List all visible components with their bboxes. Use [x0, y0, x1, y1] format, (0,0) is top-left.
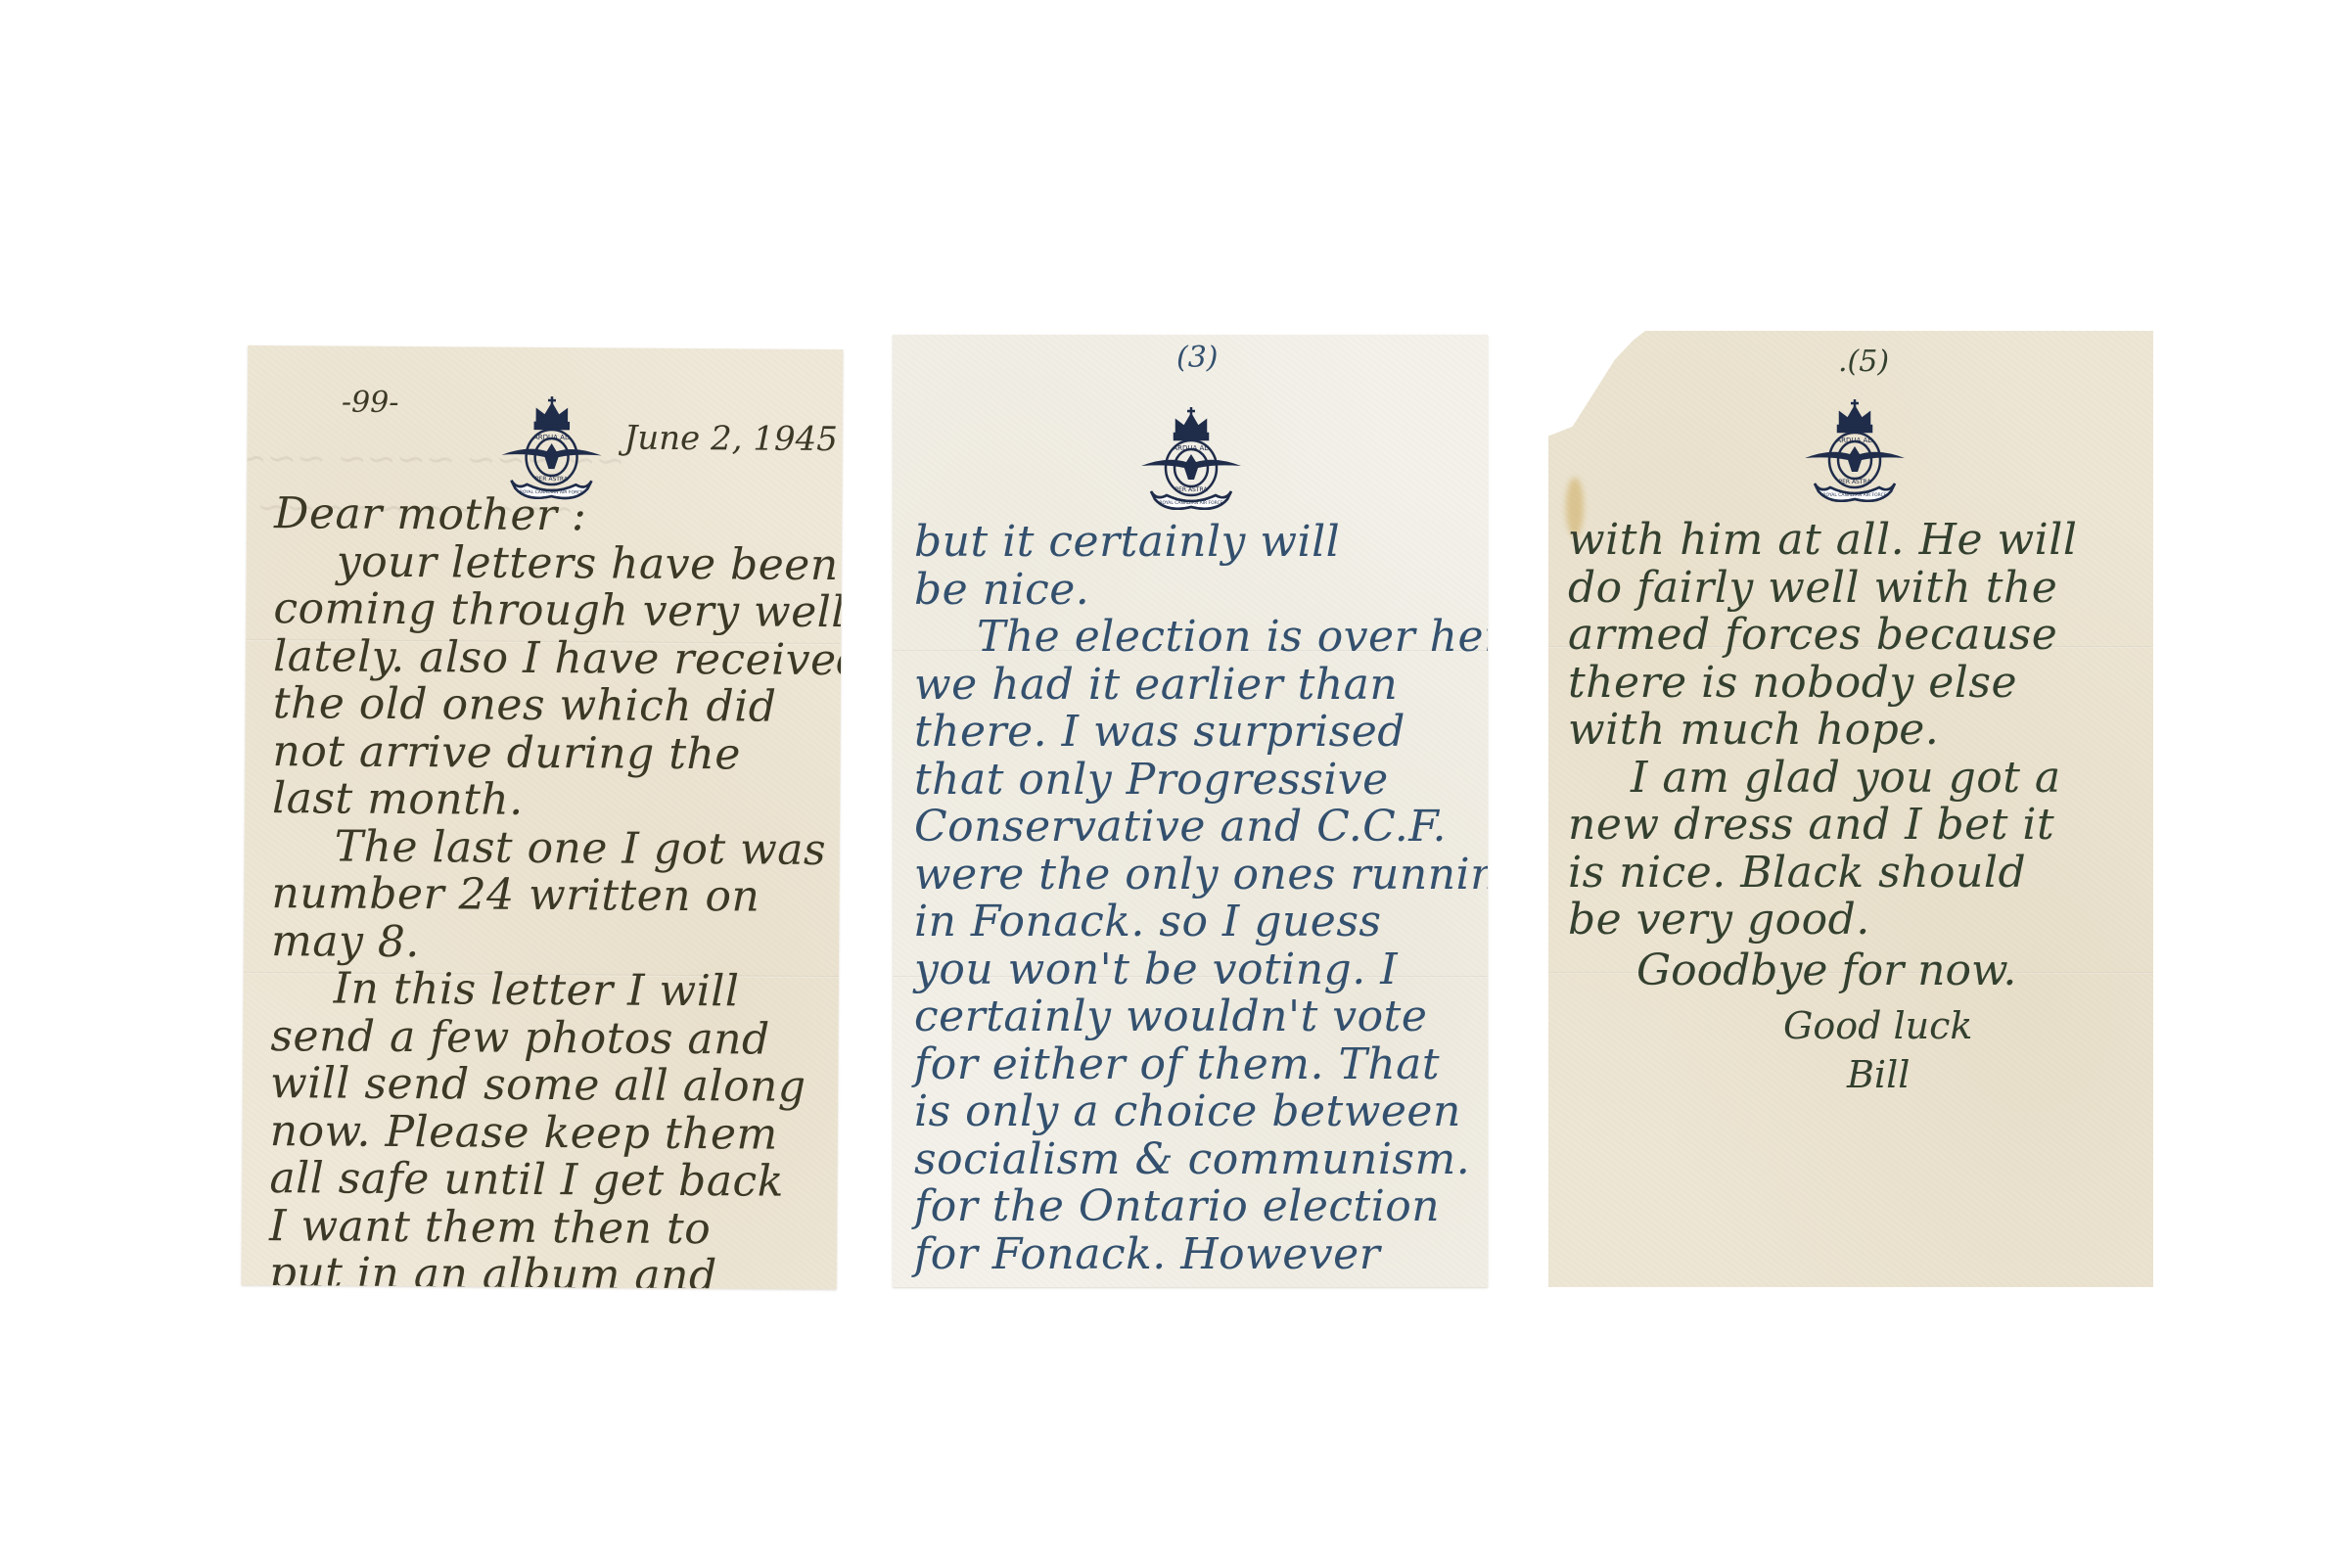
handwritten-line: lately. also I have received [273, 633, 841, 685]
handwritten-line: I am glad you got a [1568, 755, 2153, 803]
handwritten-line: there is nobody else [1568, 660, 2153, 708]
handwritten-line: with him at all. He will [1568, 517, 2153, 565]
handwritten-line: but it certainly will [914, 519, 1488, 567]
handwritten-line: new dress and I bet it [1568, 802, 2153, 850]
letter-body: with him at all. He will do fairly well … [1568, 517, 2153, 945]
signature: Bill [1847, 1053, 1910, 1096]
svg-text:ROYAL CANADIAN AIR FORCE: ROYAL CANADIAN AIR FORCE [1822, 492, 1886, 498]
handwritten-line: may 8. [271, 918, 839, 970]
handwritten-line: armed forces because [1568, 612, 2153, 660]
page-number: .(5) [1838, 345, 1889, 379]
letter-date: June 2, 1945 [624, 419, 838, 460]
svg-text:PER ASTRA: PER ASTRA [1174, 486, 1208, 493]
handwritten-line: be nice. [914, 567, 1488, 615]
page-number: (3) [1176, 341, 1219, 375]
handwritten-line: Conservative and C.C.F. [914, 804, 1488, 852]
handwritten-line: all safe until I get back [269, 1155, 837, 1207]
sign-off: Good luck [1783, 1004, 1972, 1047]
handwritten-line: is only a choice between [914, 1088, 1488, 1136]
letter-page-2: (3) ARDUA AD PER ASTRA ROYAL CANADIAN AI… [893, 335, 1488, 1287]
letter-page-3: .(5) ARDUA AD PER ASTRA ROYAL CANADIAN A… [1548, 331, 2153, 1287]
svg-text:PER ASTRA: PER ASTRA [1838, 479, 1871, 485]
handwritten-line: for Fonack. However [914, 1231, 1488, 1279]
page-number: -99- [342, 386, 399, 420]
handwritten-line: will send some all along [270, 1060, 838, 1112]
closing-line: Goodbye for now. [1636, 945, 2016, 995]
handwritten-line: with much hope. [1568, 707, 2153, 755]
rcaf-crest-icon: ARDUA AD PER ASTRA ROYAL CANADIAN AIR FO… [1801, 397, 1909, 511]
handwritten-line: do fairly well with the [1568, 565, 2153, 613]
handwritten-line: we had it earlier than [914, 662, 1488, 710]
handwritten-line: for the Ontario election [914, 1183, 1488, 1231]
handwritten-line: is nice. Black should [1568, 850, 2153, 898]
handwritten-line: there. I was surprised [914, 709, 1488, 757]
svg-text:ARDUA AD: ARDUA AD [1836, 437, 1872, 444]
handwritten-line: put in an album and [269, 1250, 837, 1289]
handwritten-line: your letters have been [274, 538, 842, 590]
handwritten-line: you won't be voting. I [914, 946, 1488, 994]
handwritten-line: In this letter I will [271, 965, 839, 1017]
handwritten-line: send a few photos and [270, 1013, 838, 1065]
handwritten-line: now. Please keep them [270, 1108, 838, 1160]
letter-body: Dear mother : your letters have been com… [268, 490, 842, 1289]
salutation: Dear mother : [274, 490, 842, 542]
handwritten-line: number 24 written on [271, 870, 839, 922]
letter-body: but it certainly will be nice. The elect… [914, 519, 1488, 1278]
handwritten-line: certainly wouldn't vote [914, 993, 1488, 1041]
handwritten-line: the old ones which did [273, 680, 841, 732]
letter-page-1: ~~ ~~~ ~~~~ ~~~ ~~~~ ~ ~~~~~ -99- ARDUA … [242, 346, 844, 1289]
handwritten-line: I want them then to [269, 1203, 837, 1255]
handwritten-line: were the only ones running [914, 852, 1488, 899]
handwritten-line: not arrive during the [272, 728, 840, 780]
handwritten-line: be very good. [1568, 897, 2153, 945]
handwritten-line: in Fonack. so I guess [914, 899, 1488, 946]
handwritten-line: that only Progressive [914, 757, 1488, 805]
handwritten-line: socialism & communism. [914, 1136, 1488, 1184]
handwritten-line: coming through very well [273, 585, 841, 637]
handwritten-line: last month. [272, 775, 840, 827]
handwritten-line: The election is over here [914, 614, 1488, 662]
svg-text:ROYAL CANADIAN AIR FORCE: ROYAL CANADIAN AIR FORCE [1159, 500, 1222, 506]
svg-text:ARDUA AD: ARDUA AD [533, 434, 570, 441]
rcaf-crest-icon: ARDUA AD PER ASTRA ROYAL CANADIAN AIR FO… [1137, 405, 1245, 519]
svg-text:ARDUA AD: ARDUA AD [1173, 444, 1209, 452]
svg-text:PER ASTRA: PER ASTRA [535, 476, 569, 483]
handwritten-line: The last one I got was [272, 823, 840, 875]
handwritten-line: for either of them. That [914, 1041, 1488, 1089]
